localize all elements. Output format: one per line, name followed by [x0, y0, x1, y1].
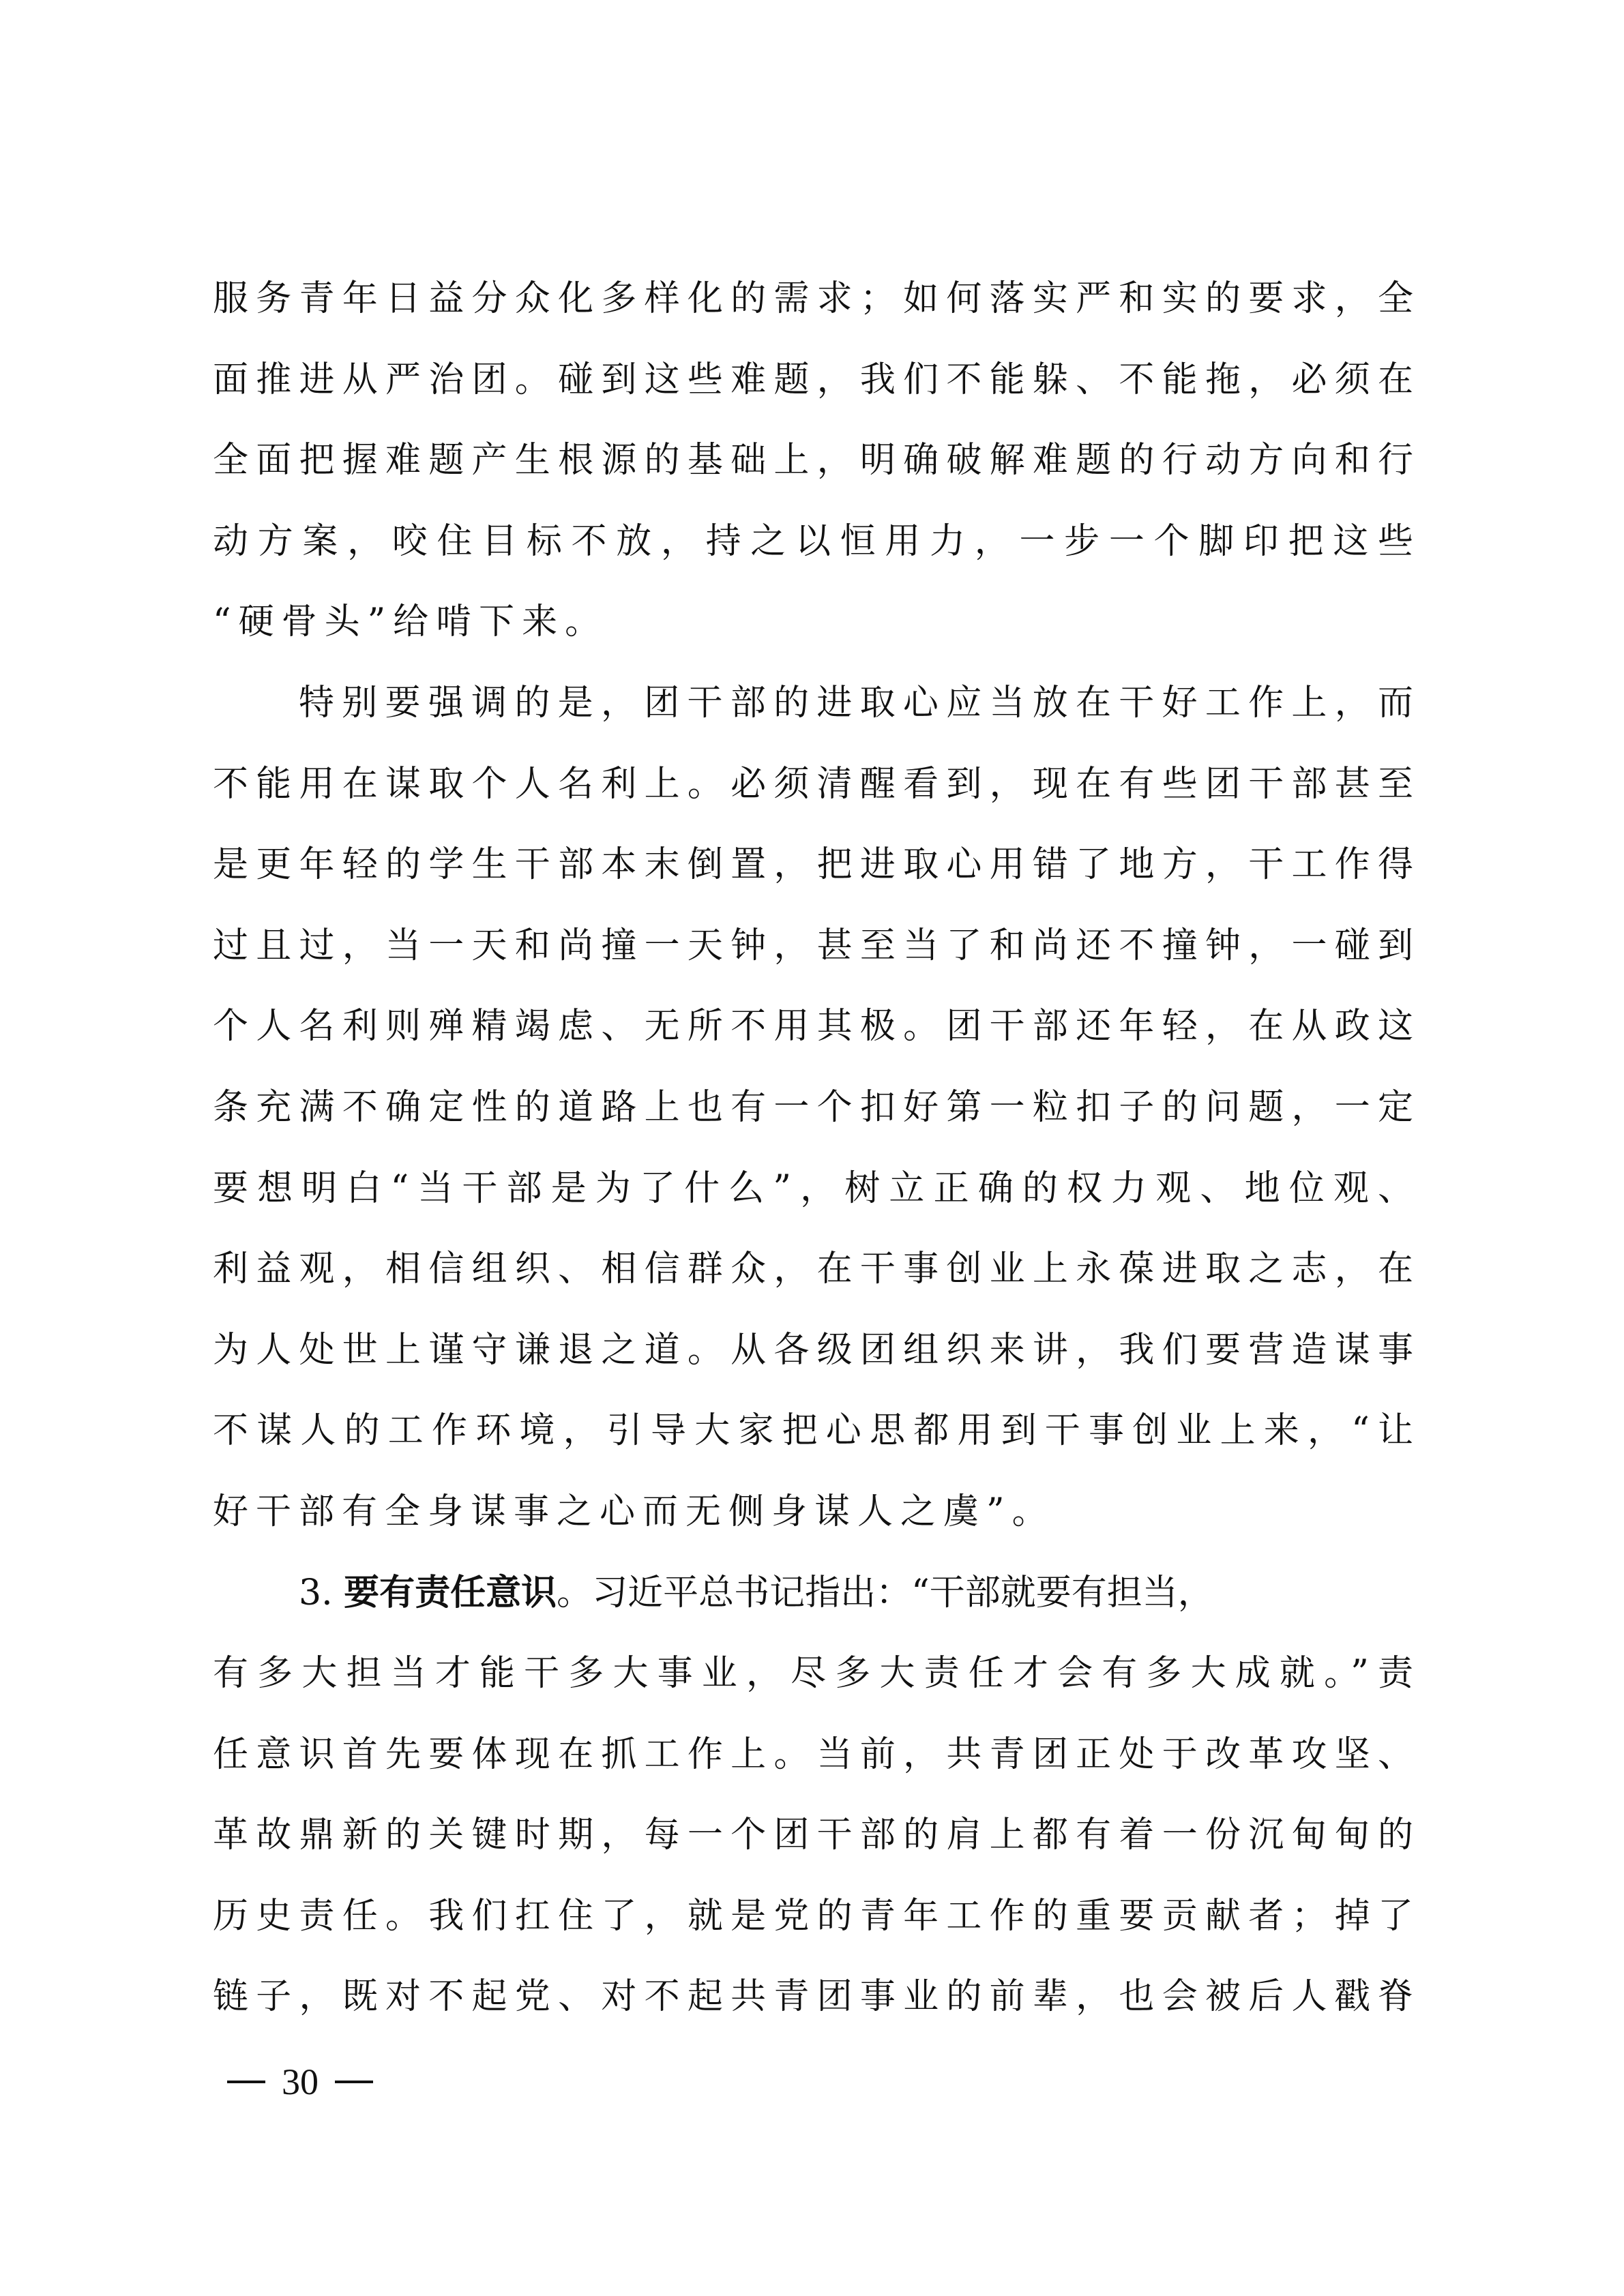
- text-line: 好干部有全身谋事之心而无侧身谋人之虞”。: [213, 1483, 1413, 1564]
- text-line: 动方案，咬住目标不放，持之以恒用力，一步一个脚印把这些: [213, 513, 1413, 594]
- text-line: 要想明白“当干部是为了什么”，树立正确的权力观、地位观、: [213, 1160, 1413, 1241]
- text-line: “硬骨头”给啃下来。: [213, 593, 1413, 674]
- text-line: 是更年轻的学生干部本末倒置，把进取心用错了地方，干工作得: [213, 836, 1413, 917]
- text-line: 条充满不确定性的道路上也有一个扣好第一粒扣子的问题，一定: [213, 1079, 1413, 1160]
- text-line: 服务青年日益分众化多样化的需求；如何落实严和实的要求，全: [213, 270, 1413, 351]
- text-line: 个人名利则殚精竭虑、无所不用其极。团干部还年轻，在从政这: [213, 998, 1413, 1079]
- text-line: 面推进从严治团。碰到这些难题，我们不能躲、不能拖，必须在: [213, 351, 1413, 432]
- document-page: 服务青年日益分众化多样化的需求；如何落实严和实的要求，全 面推进从严治团。碰到这…: [0, 0, 1624, 2296]
- text-line: 利益观，相信组织、相信群众，在干事创业上永葆进取之志，在: [213, 1240, 1413, 1322]
- section-heading-rest: 。习近平总书记指出：“干部就要有担当，: [557, 1572, 1213, 1613]
- section-heading-line: 3. 要有责任意识。习近平总书记指出：“干部就要有担当，: [213, 1564, 1413, 1645]
- text-line: 全面把握难题产生根源的基础上，明确破解难题的行动方向和行: [213, 432, 1413, 513]
- text-line: 不能用在谋取个人名利上。必须清醒看到，现在有些团干部甚至: [213, 756, 1413, 837]
- text-line: 任意识首先要体现在抓工作上。当前，共青团正处于改革攻坚、: [213, 1726, 1413, 1807]
- page-number: 30: [282, 2058, 319, 2106]
- text-line: 不谋人的工作环境，引导大家把心思都用到干事创业上来，“让: [213, 1402, 1413, 1483]
- text-line: 链子，既对不起党、对不起共青团事业的前辈，也会被后人戳脊: [213, 1968, 1413, 2049]
- text-line: 过且过，当一天和尚撞一天钟，甚至当了和尚还不撞钟，一碰到: [213, 917, 1413, 998]
- paragraph-start-line: 特别要强调的是，团干部的进取心应当放在干好工作上，而: [213, 674, 1413, 756]
- body-text: 服务青年日益分众化多样化的需求；如何落实严和实的要求，全 面推进从严治团。碰到这…: [213, 270, 1413, 2049]
- text-line: 革故鼎新的关键时期，每一个团干部的肩上都有着一份沉甸甸的: [213, 1806, 1413, 1888]
- dash-left: [227, 2081, 265, 2083]
- section-title: 要有责任意识: [344, 1572, 557, 1613]
- dash-right: [335, 2081, 373, 2083]
- text-line: 有多大担当才能干多大事业，尽多大责任才会有多大成就。”责: [213, 1645, 1413, 1726]
- page-footer: 30: [227, 2058, 373, 2106]
- section-number: 3.: [299, 1572, 344, 1613]
- text-line: 为人处世上谨守谦退之道。从各级团组织来讲，我们要营造谋事: [213, 1322, 1413, 1403]
- text-line: 历史责任。我们扛住了，就是党的青年工作的重要贡献者；掉了: [213, 1888, 1413, 1969]
